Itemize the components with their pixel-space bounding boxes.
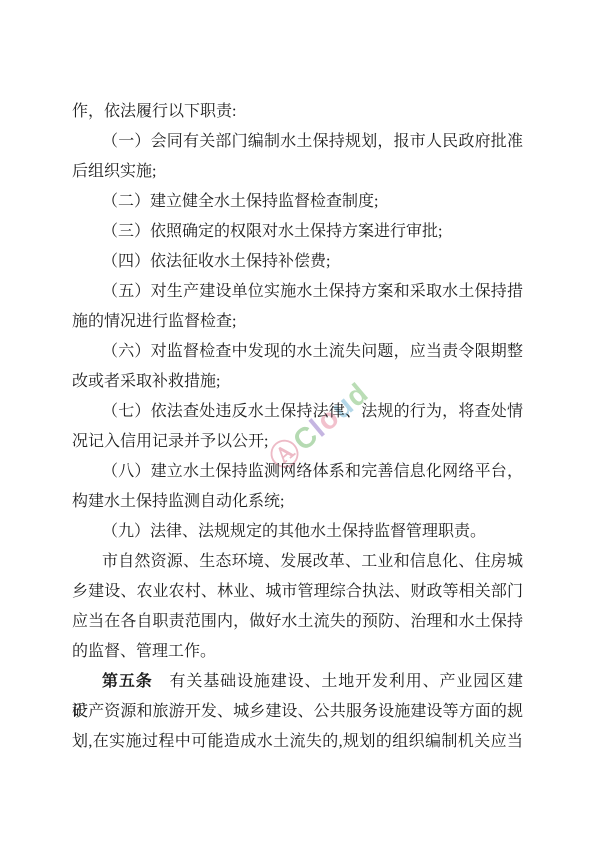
text-run: 构建水土保持监测自动化系统; xyxy=(72,493,284,510)
text-line: （七）依法查处违反水土保持法律、法规的行为，将查处情 xyxy=(72,397,523,427)
text-line: 应当在各自职责范围内，做好水土流失的预防、治理和水土保持 xyxy=(72,607,523,637)
article-number: 第五条 xyxy=(102,673,153,690)
text-run: 应当在各自职责范围内，做好水土流失的预防、治理和水土保持 xyxy=(72,613,523,630)
text-line: 划,在实施过程中可能造成水土流失的,规划的组织编制机关应当 xyxy=(72,727,523,757)
text-line: （六）对监督检查中发现的水土流失问题，应当责令限期整 xyxy=(72,337,523,367)
text-line: （三）依照确定的权限对水土保持方案进行审批; xyxy=(72,217,523,247)
text-run: 后组织实施; xyxy=(72,163,156,180)
text-line: 构建水土保持监测自动化系统; xyxy=(72,487,523,517)
text-line: 后组织实施; xyxy=(72,157,523,187)
text-line: 第五条 有关基础设施建设、土地开发利用、产业园区建设、 xyxy=(72,667,523,697)
text-run: 的监督、管理工作。 xyxy=(72,643,216,660)
text-line: 乡建设、农业农村、林业、城市管理综合执法、财政等相关部门 xyxy=(72,577,523,607)
text-line: （九）法律、法规规定的其他水土保持监督管理职责。 xyxy=(72,517,523,547)
text-run: （五）对生产建设单位实施水土保持方案和采取水土保持措 xyxy=(102,283,523,300)
text-run: （一）会同有关部门编制水土保持规划，报市人民政府批准 xyxy=(102,133,523,150)
text-run: 施的情况进行监督检查; xyxy=(72,313,236,330)
text-line: （一）会同有关部门编制水土保持规划，报市人民政府批准 xyxy=(72,127,523,157)
text-run: （六）对监督检查中发现的水土流失问题，应当责令限期整 xyxy=(102,343,523,360)
text-line: 改或者采取补救措施; xyxy=(72,367,523,397)
text-line: （二）建立健全水土保持监督检查制度; xyxy=(72,187,523,217)
text-run: （九）法律、法规规定的其他水土保持监督管理职责。 xyxy=(102,523,486,540)
text-run: 作，依法履行以下职责: xyxy=(72,103,236,120)
text-line: 作，依法履行以下职责: xyxy=(72,97,523,127)
text-run: （三）依照确定的权限对水土保持方案进行审批; xyxy=(102,223,442,240)
text-run: 市自然资源、生态环境、发展改革、工业和信息化、住房城 xyxy=(102,553,523,570)
text-run: （七）依法查处违反水土保持法律、法规的行为，将查处情 xyxy=(102,403,523,420)
text-run: （八）建立水土保持监测网络体系和完善信息化网络平台， xyxy=(102,463,523,480)
text-run: 况记入信用记录并予以公开; xyxy=(72,433,268,450)
text-line: 市自然资源、生态环境、发展改革、工业和信息化、住房城 xyxy=(72,547,523,577)
text-line: （八）建立水土保持监测网络体系和完善信息化网络平台， xyxy=(72,457,523,487)
text-line: 况记入信用记录并予以公开; xyxy=(72,427,523,457)
text-run: （二）建立健全水土保持监督检查制度; xyxy=(102,193,378,210)
text-run: 改或者采取补救措施; xyxy=(72,373,220,390)
text-run: 乡建设、农业农村、林业、城市管理综合执法、财政等相关部门 xyxy=(72,583,523,600)
document-page: ⒶCloud 作，依法履行以下职责:（一）会同有关部门编制水土保持规划，报市人民… xyxy=(0,0,595,842)
text-run: 划,在实施过程中可能造成水土流失的,规划的组织编制机关应当 xyxy=(72,733,523,750)
text-run: 矿产资源和旅游开发、城乡建设、公共服务设施建设等方面的规 xyxy=(72,703,523,720)
text-line: 施的情况进行监督检查; xyxy=(72,307,523,337)
text-block: 作，依法履行以下职责:（一）会同有关部门编制水土保持规划，报市人民政府批准后组织… xyxy=(72,97,523,757)
text-line: 的监督、管理工作。 xyxy=(72,637,523,667)
text-run: （四）依法征收水土保持补偿费; xyxy=(102,253,330,270)
text-line: 矿产资源和旅游开发、城乡建设、公共服务设施建设等方面的规 xyxy=(72,697,523,727)
text-line: （四）依法征收水土保持补偿费; xyxy=(72,247,523,277)
text-line: （五）对生产建设单位实施水土保持方案和采取水土保持措 xyxy=(72,277,523,307)
